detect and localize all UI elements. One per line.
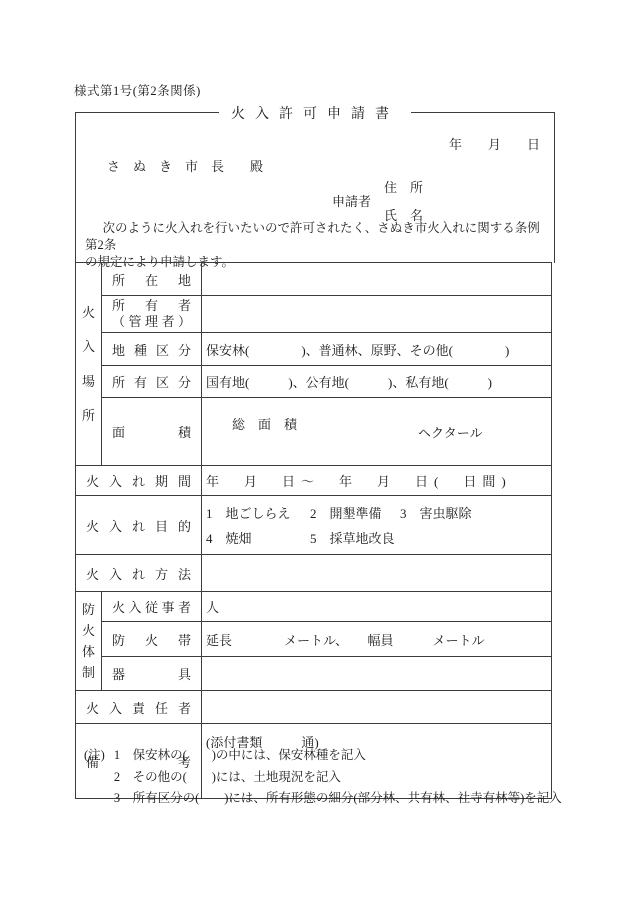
footnote-item: 1 保安林の( )の中には、保安林種を記入: [114, 745, 562, 767]
row-label-area: 面積: [102, 398, 202, 466]
table-row: 面積 総 面 積 ヘクタール: [76, 398, 552, 466]
group-header-fire-prevention-label: 防火体制: [76, 595, 101, 687]
table-row: 所有者 （管理者）: [76, 296, 552, 333]
row-label-period: 火入れ期間: [76, 466, 202, 496]
table-row: 火入れ方法: [76, 555, 552, 592]
form-number: 様式第1号(第2条関係): [74, 81, 201, 99]
purpose-options-line1: 1 地ごしらえ 2 開墾準備 3 害虫駆除: [202, 500, 551, 525]
field-owner-value: [202, 296, 552, 333]
applicant-block: 申請者 住 所 氏 名: [332, 177, 423, 224]
addressee-line: さ ぬ き 市 長 殿: [107, 156, 263, 175]
row-label-location: 所在地: [102, 263, 202, 296]
table-row: 火入れ目的 1 地ごしらえ 2 開墾準備 3 害虫駆除 4 焼畑 5 採草地改良: [76, 496, 552, 555]
field-ownership-value: 国有地( )、公有地( )、私有地( ): [202, 366, 552, 398]
table-row: 地種区分 保安林( )、普通林、原野、その他( ): [76, 333, 552, 366]
applicant-fields: 住 所 氏 名: [384, 177, 423, 224]
owner-label-line2: （管理者）: [112, 314, 191, 330]
document-title: 火入許可申請書: [219, 103, 411, 123]
address-label: 住 所: [384, 177, 423, 196]
table-row: 防火帯 延長 メートル、 幅員 メートル: [76, 622, 552, 657]
applicant-label: 申請者: [332, 191, 371, 210]
row-label-method: 火入れ方法: [76, 555, 202, 592]
purpose-option-1: 1 地ごしらえ: [206, 503, 310, 522]
row-label-land-type: 地種区分: [102, 333, 202, 366]
purpose-option-3: 3 害虫駆除: [400, 503, 472, 522]
footnote-item: 2 その他の( )には、土地現況を記入: [114, 767, 562, 789]
form-header-box: 火入許可申請書 年 月 日 さ ぬ き 市 長 殿 申請者 住 所 氏 名 次の…: [75, 112, 555, 263]
group-header-fire-site: 火入場所: [76, 263, 102, 466]
row-label-workers: 火入従事者: [102, 592, 202, 622]
application-table: 火入場所 所在地 所有者 （管理者） 地種区分 保安林( )、普通林、原野、その…: [75, 262, 552, 799]
owner-label-line1: 所有者: [112, 298, 191, 314]
table-row: 防火体制 火入従事者 人: [76, 592, 552, 622]
field-firebreak-value: 延長 メートル、 幅員 メートル: [202, 622, 552, 657]
footnotes: (注) 1 保安林の( )の中には、保安林種を記入 2 その他の( )には、土地…: [84, 745, 562, 810]
field-period-value: 年 月 日～ 年 月 日( 日間): [202, 466, 552, 496]
area-unit-label: ヘクタール: [418, 422, 482, 441]
purpose-option-4: 4 焼畑: [206, 528, 310, 547]
table-row: 器具: [76, 657, 552, 691]
field-land-type-value: 保安林( )、普通林、原野、その他( ): [202, 333, 552, 366]
table-row: 所有区分 国有地( )、公有地( )、私有地( ): [76, 366, 552, 398]
date-line: 年 月 日: [449, 134, 540, 153]
purpose-options-line2: 4 焼畑 5 採草地改良: [202, 525, 551, 550]
field-equipment-value: [202, 657, 552, 691]
field-method-value: [202, 555, 552, 592]
row-label-owner: 所有者 （管理者）: [102, 296, 202, 333]
group-header-fire-prevention: 防火体制: [76, 592, 102, 691]
footnote-list: 1 保安林の( )の中には、保安林種を記入 2 その他の( )には、土地現況を記…: [114, 745, 562, 810]
field-workers-value: 人: [202, 592, 552, 622]
group-header-fire-site-label: 火入場所: [76, 285, 101, 443]
field-purpose-options: 1 地ごしらえ 2 開墾準備 3 害虫駆除 4 焼畑 5 採草地改良: [202, 496, 552, 555]
field-area-value: 総 面 積 ヘクタール: [202, 398, 552, 466]
row-label-firebreak: 防火帯: [102, 622, 202, 657]
footnote-mark: (注): [84, 745, 105, 810]
row-label-responsible: 火入責任者: [76, 691, 202, 724]
purpose-option-2: 2 開墾準備: [310, 503, 400, 522]
table-row: 火入責任者: [76, 691, 552, 724]
purpose-option-5: 5 採草地改良: [310, 528, 395, 547]
footnote-item: 3 所有区分の( )には、所有形態の細分(部分林、共有林、社寺有林等)を記入: [114, 788, 562, 810]
area-total-label: 総 面 積: [232, 417, 297, 432]
row-label-ownership: 所有区分: [102, 366, 202, 398]
row-label-equipment: 器具: [102, 657, 202, 691]
document-page: 様式第1号(第2条関係) 火入許可申請書 年 月 日 さ ぬ き 市 長 殿 申…: [0, 0, 630, 903]
row-label-purpose: 火入れ目的: [76, 496, 202, 555]
field-location-value: [202, 263, 552, 296]
table-row: 火入れ期間 年 月 日～ 年 月 日( 日間): [76, 466, 552, 496]
table-row: 火入場所 所在地: [76, 263, 552, 296]
field-responsible-value: [202, 691, 552, 724]
